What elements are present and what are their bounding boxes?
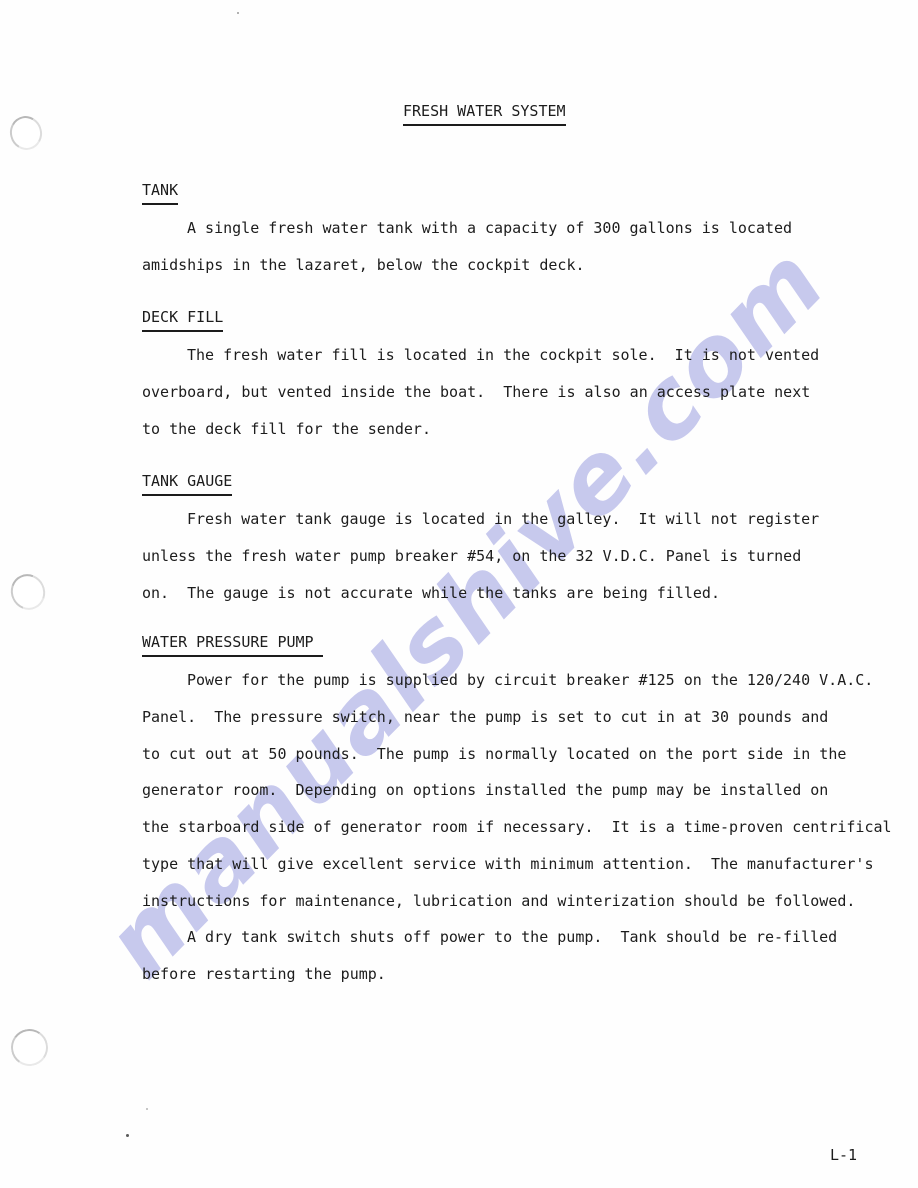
text-line: before restarting the pump. [142,956,892,993]
text-line: type that will give excellent service wi… [142,846,892,883]
text-line: to the deck fill for the sender. [142,411,819,448]
scanned-manual-page: manualshive.com FRESH WATER SYSTEM TANK … [0,0,918,1188]
text-line: generator room. Depending on options ins… [142,772,892,809]
section-heading: WATER PRESSURE PUMP [142,633,323,657]
punch-hole-top [6,112,46,153]
section-paragraph: Fresh water tank gauge is located in the… [142,501,819,611]
section-heading: DECK FILL [142,308,223,332]
section-paragraph: A single fresh water tank with a capacit… [142,210,792,284]
text-line: A dry tank switch shuts off power to the… [142,919,892,956]
section-paragraph: The fresh water fill is located in the c… [142,337,819,447]
document-body: TANK A single fresh water tank with a ca… [142,0,912,1188]
section-heading: TANK GAUGE [142,472,232,496]
punch-hole-middle [5,569,51,616]
section-heading: TANK [142,181,178,205]
document-section: WATER PRESSURE PUMP Power for the pump i… [142,632,892,993]
text-line: Fresh water tank gauge is located in the… [142,501,819,538]
text-line: Panel. The pressure switch, near the pum… [142,699,892,736]
page-number: L-1 [830,1146,857,1164]
text-line: A single fresh water tank with a capacit… [142,210,792,247]
text-line: amidships in the lazaret, below the cock… [142,247,792,284]
text-line: Power for the pump is supplied by circui… [142,662,892,699]
document-section: DECK FILL The fresh water fill is locate… [142,307,819,447]
text-line: the starboard side of generator room if … [142,809,892,846]
text-line: unless the fresh water pump breaker #54,… [142,538,819,575]
scan-speck [126,1134,129,1137]
text-line: instructions for maintenance, lubricatio… [142,883,892,920]
text-line: overboard, but vented inside the boat. T… [142,374,819,411]
text-line: The fresh water fill is located in the c… [142,337,819,374]
document-section: TANK GAUGE Fresh water tank gauge is loc… [142,471,819,611]
punch-hole-bottom [8,1026,51,1069]
text-line: to cut out at 50 pounds. The pump is nor… [142,736,892,773]
section-paragraph: Power for the pump is supplied by circui… [142,662,892,993]
document-section: TANK A single fresh water tank with a ca… [142,180,792,284]
text-line: on. The gauge is not accurate while the … [142,575,819,612]
